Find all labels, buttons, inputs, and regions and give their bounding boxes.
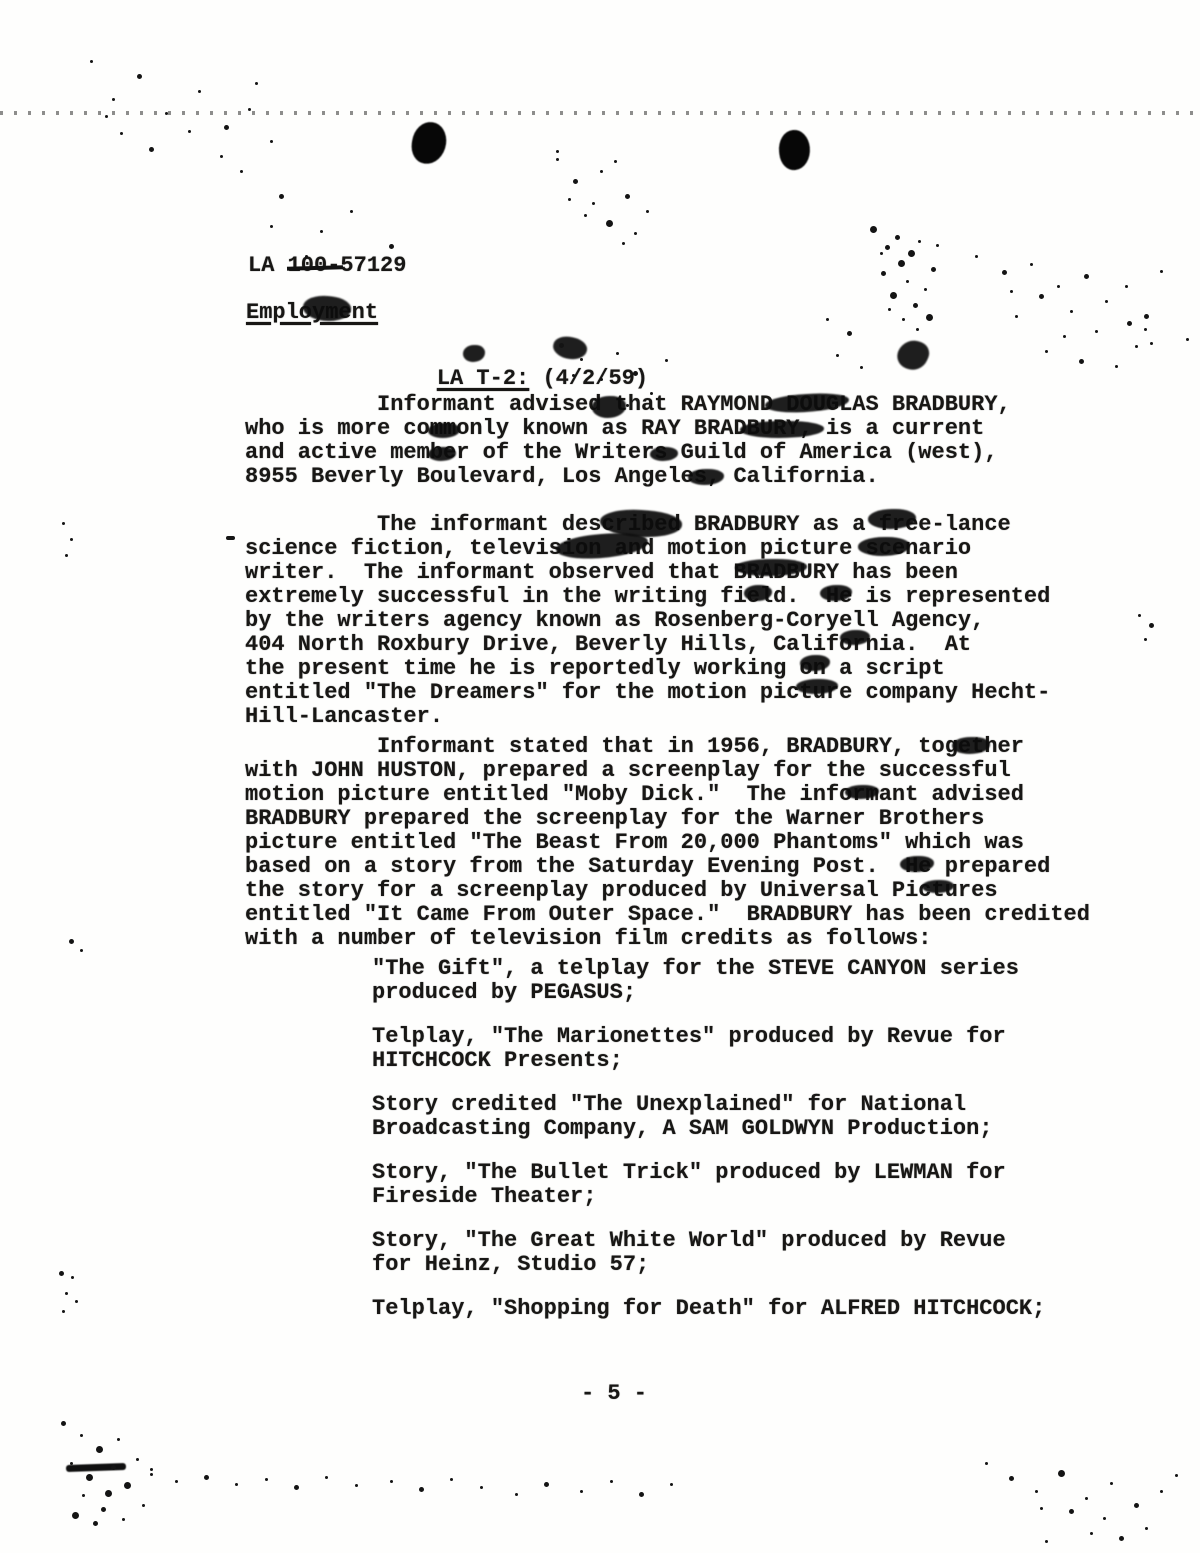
scan-speck-cluster — [560, 344, 563, 347]
scan-speck-cluster — [826, 318, 829, 321]
source-date: (4/2/59) — [542, 366, 648, 391]
scan-speck-cluster — [62, 522, 65, 525]
scan-speck-cluster — [872, 228, 875, 231]
scan-speck-cluster — [1128, 322, 1131, 325]
scanned-document-page: LA 100-57129 Employment LA T-2: (4/2/59)… — [0, 0, 1200, 1553]
scan-speck-cluster — [240, 170, 243, 173]
scan-speck-cluster — [556, 150, 559, 153]
credit-item-great-white-world: Story, "The Great White World" produced … — [372, 1229, 1045, 1277]
paragraph-writing-career: The informant described BRADBURY as a fr… — [245, 513, 1050, 729]
scan-speck-cluster — [70, 940, 73, 943]
credit-item-bullet-trick: Story, "The Bullet Trick" produced by LE… — [372, 1161, 1045, 1209]
source-spacer — [529, 366, 542, 391]
ink-smear — [66, 1463, 126, 1472]
hole-punch-mark-right — [777, 128, 812, 171]
page-number: - 5 - — [581, 1382, 647, 1406]
scan-speck-cluster — [975, 255, 978, 258]
scan-speck-cluster — [62, 1422, 65, 1425]
hole-punch-mark-left — [409, 120, 449, 166]
scan-speck-cluster — [60, 1272, 63, 1275]
source-label: LA T-2: — [437, 366, 529, 391]
credit-item-the-gift: "The Gift", a telplay for the STEVE CANY… — [372, 957, 1045, 1005]
scan-speck-cluster — [150, 1468, 153, 1471]
credit-item-unexplained: Story credited "The Unexplained" for Nat… — [372, 1093, 1045, 1141]
scan-speck-cluster — [985, 1462, 988, 1465]
credit-item-shopping-for-death: Telplay, "Shopping for Death" for ALFRED… — [372, 1297, 1045, 1321]
paragraph-film-work: Informant stated that in 1956, BRADBURY,… — [245, 735, 1090, 951]
paragraph-guild-membership: Informant advised that RAYMOND DOUGLAS B… — [245, 393, 1011, 489]
ink-blot — [893, 335, 933, 375]
credit-item-marionettes: Telplay, "The Marionettes" produced by R… — [372, 1025, 1045, 1073]
scan-dotted-line-artifact — [0, 111, 1200, 115]
television-credits-list: "The Gift", a telplay for the STEVE CANY… — [372, 957, 1045, 1341]
scan-speck-cluster — [1138, 614, 1141, 617]
stray-dash-mark — [226, 536, 235, 540]
scan-speck-cluster — [90, 60, 93, 63]
